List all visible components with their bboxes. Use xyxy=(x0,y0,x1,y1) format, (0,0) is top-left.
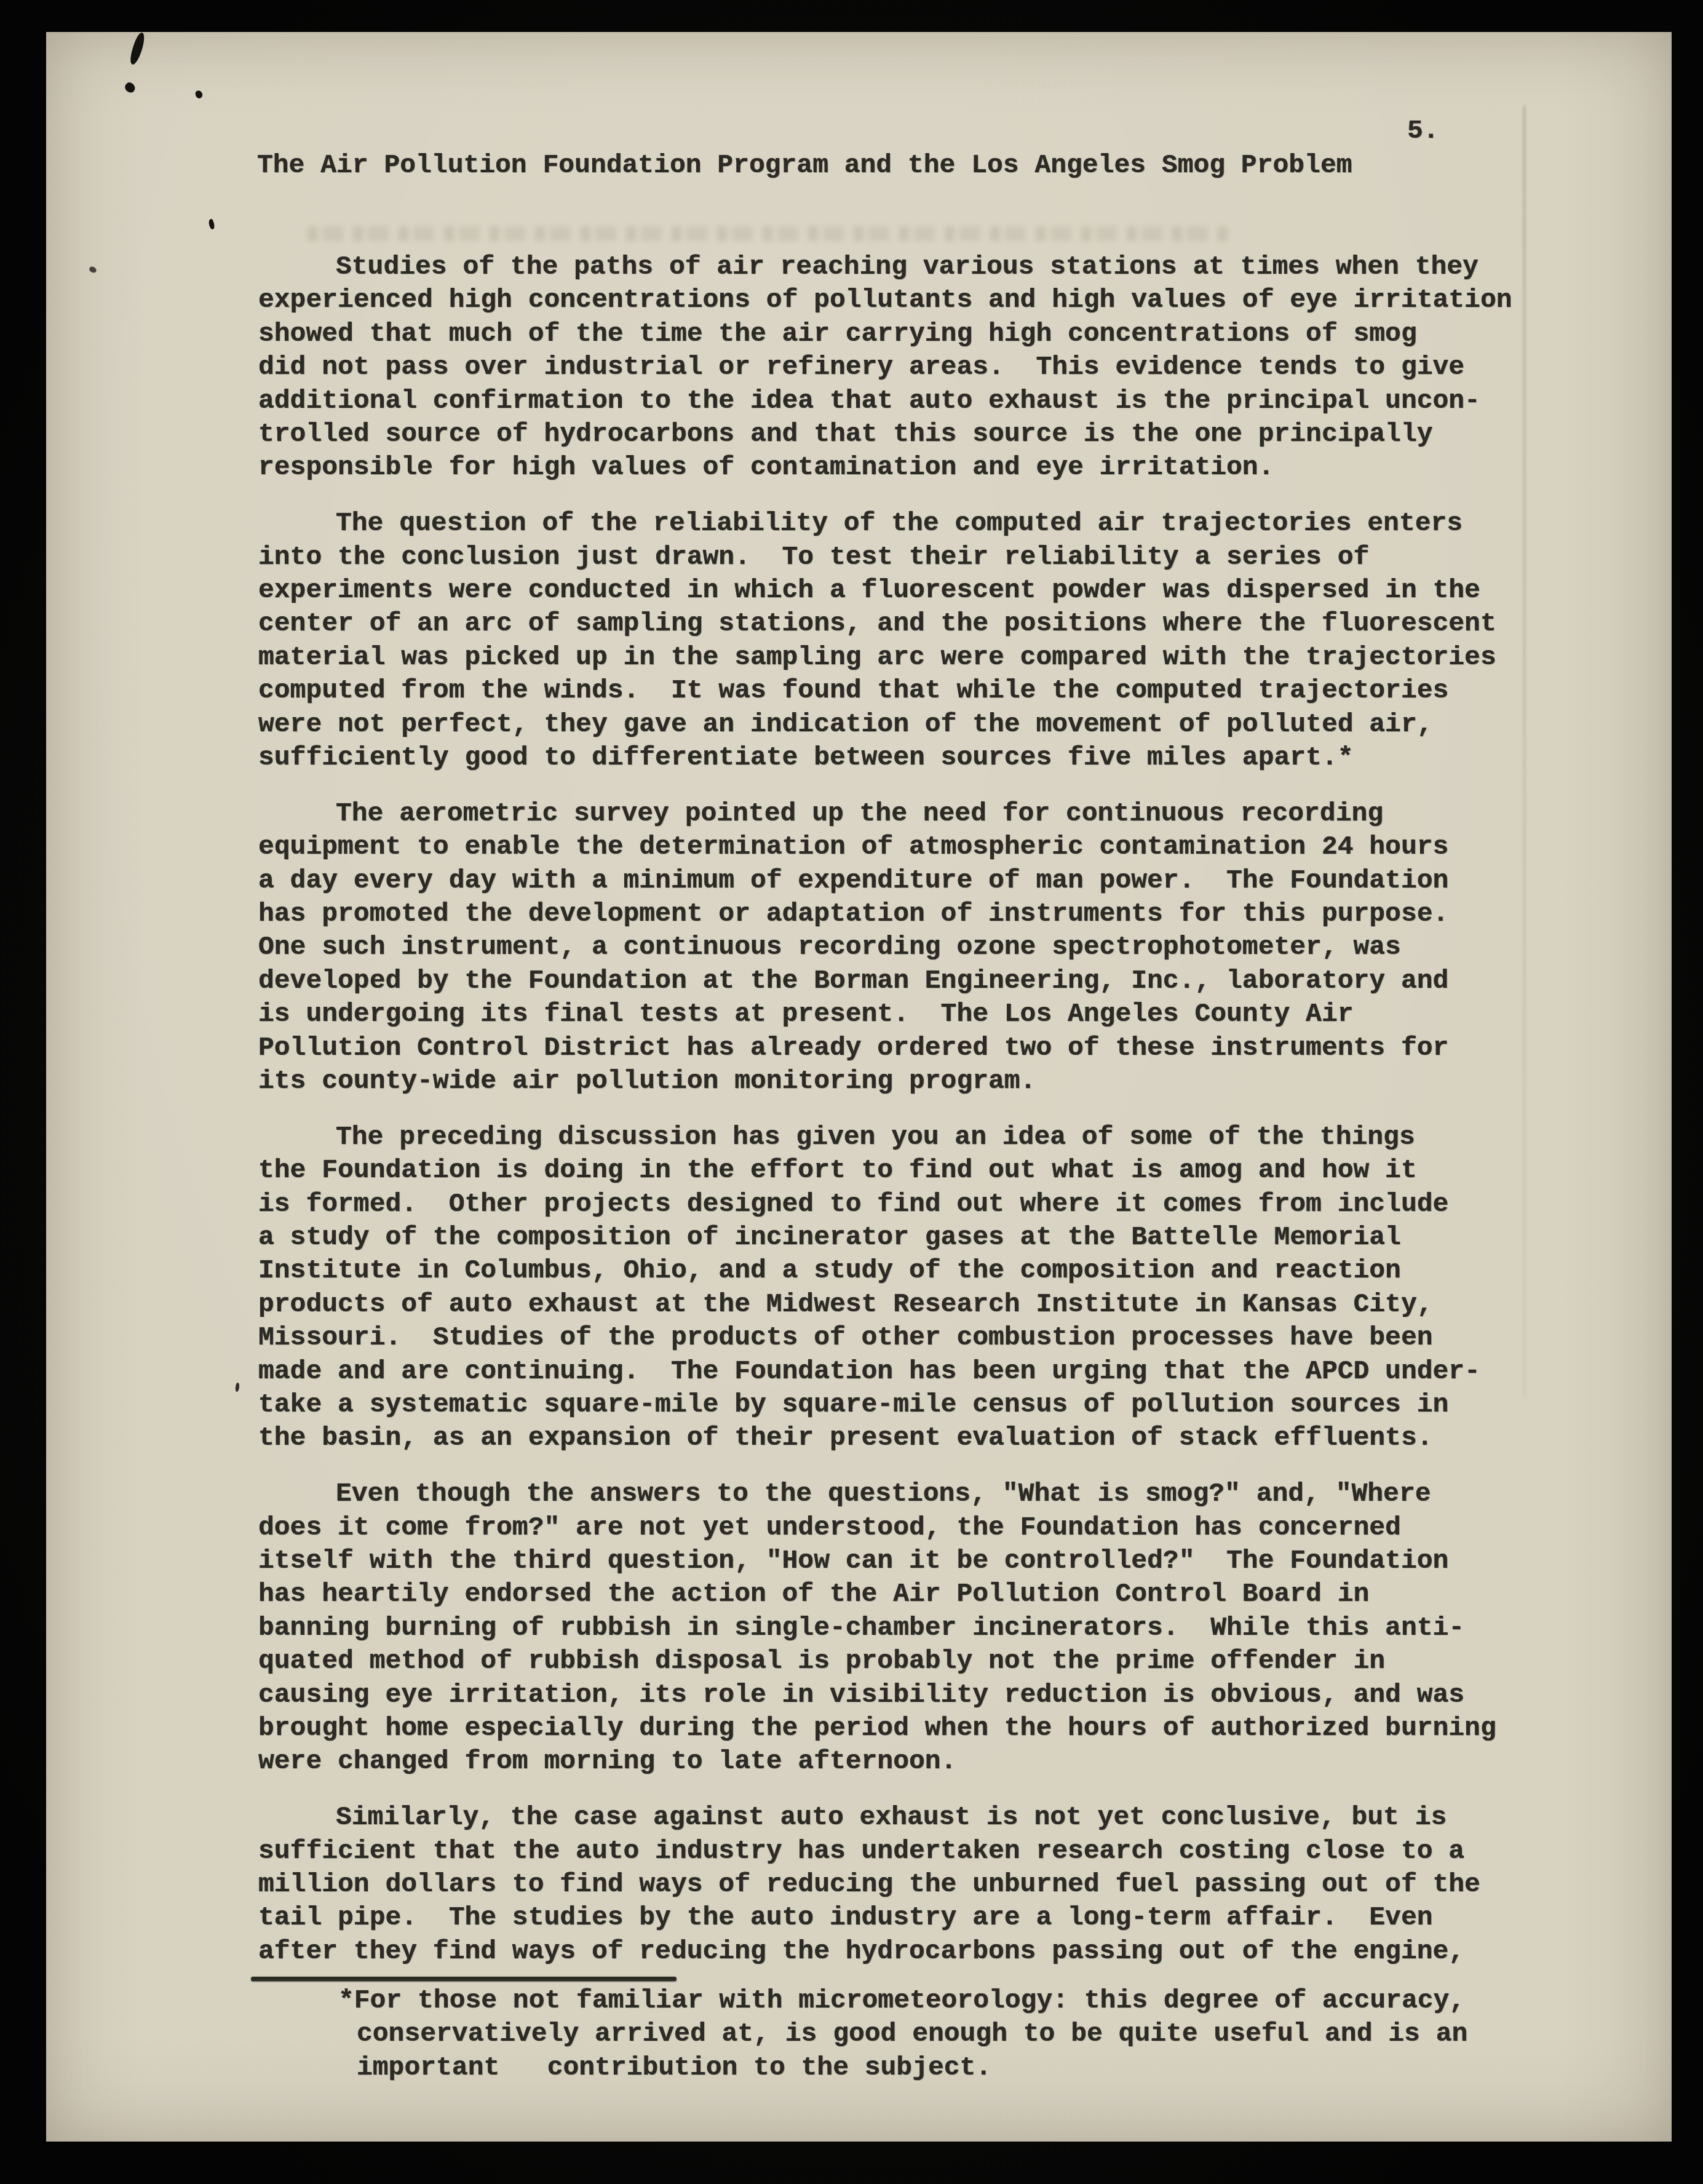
paragraph: Similarly, the case against auto exhaust… xyxy=(258,1801,1512,1968)
text-line: a study of the composition of incinerato… xyxy=(258,1221,1512,1254)
text-line: Even though the answers to the questions… xyxy=(258,1477,1512,1511)
text-line: brought home especially during the perio… xyxy=(258,1712,1512,1745)
paper-crease xyxy=(1523,106,1525,1397)
text-line: The preceding discussion has given you a… xyxy=(258,1121,1512,1154)
text-line: million dollars to find ways of reducing… xyxy=(258,1868,1512,1901)
text-line: its county-wide air pollution monitoring… xyxy=(258,1065,1512,1098)
text-line: Similarly, the case against auto exhaust… xyxy=(258,1801,1512,1834)
text-line: Pollution Control District has already o… xyxy=(258,1031,1512,1065)
text-line: were not perfect, they gave an indicatio… xyxy=(258,708,1512,741)
text-line: is formed. Other projects designed to fi… xyxy=(258,1188,1512,1221)
page-number: 5. xyxy=(1407,116,1439,146)
footnote: *For those not familiar with micrometeor… xyxy=(338,1984,1467,2084)
ink-speck xyxy=(123,81,137,94)
text-line: tail pipe. The studies by the auto indus… xyxy=(258,1901,1512,1934)
paragraph: Even though the answers to the questions… xyxy=(258,1477,1512,1779)
text-line: additional confirmation to the idea that… xyxy=(258,384,1512,418)
text-line: developed by the Foundation at the Borma… xyxy=(258,964,1512,998)
text-line: trolled source of hydrocarbons and that … xyxy=(258,418,1512,451)
text-line: computed from the winds. It was found th… xyxy=(258,674,1512,707)
text-line: experienced high concentrations of pollu… xyxy=(258,284,1512,317)
footnote-line: *For those not familiar with micrometeor… xyxy=(338,1984,1467,2017)
text-line: sufficient that the auto industry has un… xyxy=(258,1835,1512,1868)
paragraph: Studies of the paths of air reaching var… xyxy=(258,250,1512,485)
text-line: showed that much of the time the air car… xyxy=(258,317,1512,351)
text-line: causing eye irritation, its role in visi… xyxy=(258,1678,1512,1712)
text-line: did not pass over industrial or refinery… xyxy=(258,351,1512,384)
paper-sheet: 5. The Air Pollution Foundation Program … xyxy=(46,32,1672,2142)
text-line: quated method of rubbish disposal is pro… xyxy=(258,1645,1512,1678)
erased-text-ghost xyxy=(308,226,1230,241)
footnote-line: conservatively arrived at, is good enoug… xyxy=(338,2017,1467,2051)
text-line: has heartily endorsed the action of the … xyxy=(258,1578,1512,1611)
document-body: Studies of the paths of air reaching var… xyxy=(258,250,1512,1991)
text-line: is undergoing its final tests at present… xyxy=(258,998,1512,1031)
text-line: has promoted the development or adaptati… xyxy=(258,897,1512,931)
text-line: after they find ways of reducing the hyd… xyxy=(258,1935,1512,1968)
text-line: responsible for high values of contamina… xyxy=(258,451,1512,484)
text-line: made and are continuing. The Foundation … xyxy=(258,1355,1512,1388)
scan-background: 5. The Air Pollution Foundation Program … xyxy=(0,0,1703,2184)
ink-speck xyxy=(194,90,204,100)
text-line: Missouri. Studies of the products of oth… xyxy=(258,1321,1512,1354)
text-line: equipment to enable the determination of… xyxy=(258,830,1512,864)
text-line: does it come from?" are not yet understo… xyxy=(258,1511,1512,1544)
footnote-line: important contribution to the subject. xyxy=(338,2051,1467,2084)
text-line: into the conclusion just drawn. To test … xyxy=(258,541,1512,574)
paragraph: The aerometric survey pointed up the nee… xyxy=(258,797,1512,1098)
text-line: center of an arc of sampling stations, a… xyxy=(258,607,1512,640)
footnote-separator-rule xyxy=(251,1977,677,1981)
text-line: experiments were conducted in which a fl… xyxy=(258,574,1512,607)
ink-speck xyxy=(89,266,98,274)
text-line: One such instrument, a continuous record… xyxy=(258,931,1512,964)
text-line: The question of the reliability of the c… xyxy=(258,507,1512,540)
page-title: The Air Pollution Foundation Program and… xyxy=(257,150,1352,180)
stray-apostrophe-mark xyxy=(235,1383,240,1392)
text-line: a day every day with a minimum of expend… xyxy=(258,864,1512,897)
text-line: the basin, as an expansion of their pres… xyxy=(258,1421,1512,1455)
text-line: were changed from morning to late aftern… xyxy=(258,1745,1512,1778)
text-line: Institute in Columbus, Ohio, and a study… xyxy=(258,1254,1512,1287)
text-line: sufficiently good to differentiate betwe… xyxy=(258,741,1512,774)
text-line: The aerometric survey pointed up the nee… xyxy=(258,797,1512,830)
text-line: the Foundation is doing in the effort to… xyxy=(258,1154,1512,1187)
ink-speck xyxy=(208,218,215,229)
text-line: material was picked up in the sampling a… xyxy=(258,641,1512,674)
text-line: products of auto exhaust at the Midwest … xyxy=(258,1288,1512,1321)
text-line: banning burning of rubbish in single-cha… xyxy=(258,1611,1512,1645)
paragraph: The preceding discussion has given you a… xyxy=(258,1121,1512,1455)
text-line: itself with the third question, "How can… xyxy=(258,1544,1512,1578)
paper-tear-mark xyxy=(128,31,147,66)
paragraph: The question of the reliability of the c… xyxy=(258,507,1512,774)
text-line: Studies of the paths of air reaching var… xyxy=(258,250,1512,284)
text-line: take a systematic square-mile by square-… xyxy=(258,1388,1512,1421)
